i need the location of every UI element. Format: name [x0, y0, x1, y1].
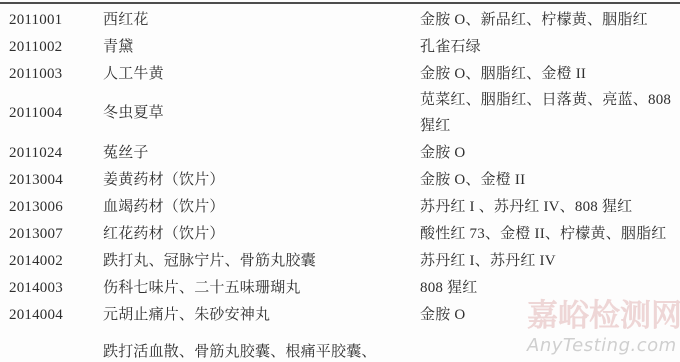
drug-name: 菟丝子: [103, 140, 420, 166]
drug-name: 青黛: [103, 34, 420, 60]
table-row: 2013007红花药材（饮片）酸性红 73、金橙 II、柠檬黄、胭脂红: [0, 220, 680, 247]
sample-code: 2013006: [0, 194, 103, 220]
table-row: 2011003人工牛黄金胺 O、胭脂红、金橙 II: [0, 60, 680, 87]
drug-name: 西红花: [103, 7, 420, 33]
drug-name: 跌打活血散、骨筋丸胶囊、根痛平胶囊、: [103, 339, 420, 362]
detected-colorants: 金胺 O: [420, 302, 678, 328]
drug-name: 人工牛黄: [103, 61, 420, 87]
detected-colorants: 苏丹红 I 、苏丹红 IV、808 猩红: [420, 194, 678, 220]
sample-code: 2013007: [0, 221, 103, 247]
sample-code: 2011004: [0, 100, 103, 126]
drug-name: 红花药材（饮片）: [103, 221, 420, 247]
table-row: 跌打活血散、骨筋丸胶囊、根痛平胶囊、: [0, 338, 680, 362]
sample-code: 2011001: [0, 7, 103, 33]
sample-code: 2013004: [0, 167, 103, 193]
detected-colorants: 金胺 O、金橙 II: [420, 167, 678, 193]
table-row: 2011024菟丝子金胺 O: [0, 139, 680, 166]
table-row: 2011002青黛孔雀石绿: [0, 33, 680, 60]
document-page: 2011001西红花金胺 O、新品红、柠檬黄、胭脂红2011002青黛孔雀石绿2…: [0, 2, 680, 362]
sample-code: 2014004: [0, 302, 103, 328]
table-row: 2014003伤科七味片、二十五味珊瑚丸808 猩红: [0, 274, 680, 301]
detected-colorants: 808 猩红: [420, 275, 678, 301]
table-row: 2011001西红花金胺 O、新品红、柠檬黄、胭脂红: [0, 6, 680, 33]
detected-colorants: 金胺 O、胭脂红、金橙 II: [420, 61, 678, 87]
table-row: 2014004元胡止痛片、朱砂安神丸金胺 O: [0, 301, 680, 328]
sample-code: 2014003: [0, 275, 103, 301]
table-row: 2014002跌打丸、冠脉宁片、骨筋丸胶囊苏丹红 I、苏丹红 IV: [0, 247, 680, 274]
drug-name: 伤科七味片、二十五味珊瑚丸: [103, 275, 420, 301]
detected-colorants: 苋菜红、胭脂红、日落黄、亮蓝、808 猩红: [420, 87, 678, 139]
table-row: 2011004冬虫夏草苋菜红、胭脂红、日落黄、亮蓝、808 猩红: [0, 87, 680, 139]
sample-code: 2011024: [0, 140, 103, 166]
drug-name: 元胡止痛片、朱砂安神丸: [103, 302, 420, 328]
detected-colorants: 金胺 O、新品红、柠檬黄、胭脂红: [420, 7, 678, 33]
detected-colorants: 苏丹红 I、苏丹红 IV: [420, 248, 678, 274]
colorant-table: 2011001西红花金胺 O、新品红、柠檬黄、胭脂红2011002青黛孔雀石绿2…: [0, 2, 680, 362]
detected-colorants: 金胺 O: [420, 140, 678, 166]
sample-code: 2014002: [0, 248, 103, 274]
drug-name: 跌打丸、冠脉宁片、骨筋丸胶囊: [103, 248, 420, 274]
detected-colorants: 酸性红 73、金橙 II、柠檬黄、胭脂红: [420, 221, 678, 247]
sample-code: 2011003: [0, 61, 103, 87]
drug-name: 冬虫夏草: [103, 100, 420, 126]
table-row: 2013004姜黄药材（饮片）金胺 O、金橙 II: [0, 166, 680, 193]
detected-colorants: 孔雀石绿: [420, 34, 678, 60]
sample-code: 2011002: [0, 34, 103, 60]
drug-name: 血竭药材（饮片）: [103, 194, 420, 220]
table-row: 2013006血竭药材（饮片）苏丹红 I 、苏丹红 IV、808 猩红: [0, 193, 680, 220]
drug-name: 姜黄药材（饮片）: [103, 167, 420, 193]
